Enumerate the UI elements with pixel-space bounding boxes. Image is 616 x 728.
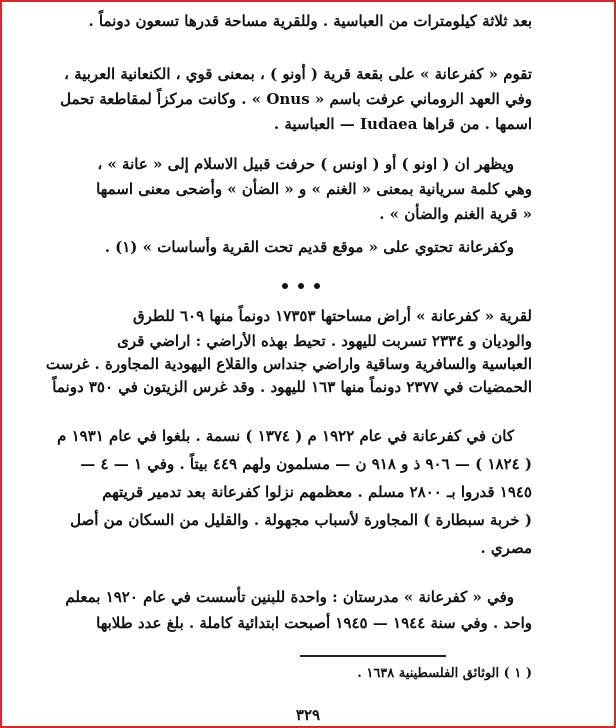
footnote-rule — [300, 655, 446, 657]
text-line: بعد ثلاثة كيلومترات من العباسية . وللقري… — [88, 11, 532, 31]
section-separator — [282, 283, 320, 289]
text-line: ويظهر ان ( اونو ) أو ( اونس ) حرفت قبيل … — [97, 154, 514, 174]
text-line: ١٩٤٥ قدروا بـ ٢٨٠٠ مسلم . معظمهم نزلوا ك… — [102, 482, 532, 502]
text-line: اسمها . من قراها Iudaea — العباسية . — [274, 114, 532, 134]
separator-dot — [298, 283, 304, 289]
text-line: وهي كلمة سريانية بمعنى « الغنم » و « الض… — [96, 179, 532, 199]
text-line: لقرية « كفرعانة » أراض مساحتها ١٧٣٥٣ دون… — [133, 306, 532, 326]
text-line: وكفرعانة تحتوي على « موقع قديم تحت القري… — [105, 237, 514, 257]
document-page: بعد ثلاثة كيلومترات من العباسية . وللقري… — [0, 0, 616, 728]
footnote: ( ١ ) الوثائق الفلسطينية ١٦٣٨ . — [357, 664, 532, 684]
text-line: مصري . — [480, 538, 532, 558]
text-line: وفي « كفرعانة » مدرستان : واحدة للبنين ت… — [65, 587, 514, 607]
text-line: العباسية والسافرية وساقية واراضي جنداس و… — [46, 354, 532, 374]
separator-dot — [314, 283, 320, 289]
text-line: كان في كفرعانة في عام ١٩٢٢ م ( ١٣٧٤ ) نس… — [57, 426, 514, 446]
text-line: وفي العهد الروماني عرفت باسم « Onus » . … — [60, 89, 532, 109]
separator-dot — [282, 283, 288, 289]
text-line: « قرية الغنم والضأن » . — [379, 204, 532, 224]
page-number: ٣٢٩ — [2, 706, 614, 724]
text-line: الحمضيات في ٢٣٧٧ دونماً منها ١٦٣ لليهود … — [52, 377, 532, 397]
text-line: ( ١٨٢٤ ) — ٩٠٦ ذ و ٩١٨ ن — مسلمون ولهم ٤… — [80, 454, 532, 474]
text-line: ( خربة سبطارة ) المجاورة لأسباب مجهولة .… — [70, 510, 532, 530]
text-line: تقوم « كفرعانة » على بقعة قرية ( أونو ) … — [64, 64, 532, 84]
text-line: واحد . وفي سنة ١٩٤٤ — ١٩٤٥ أصبحت ابتدائي… — [96, 613, 532, 633]
text-line: والوديان و ٢٣٣٤ تسربت لليهود . تحيط بهذه… — [117, 331, 532, 351]
